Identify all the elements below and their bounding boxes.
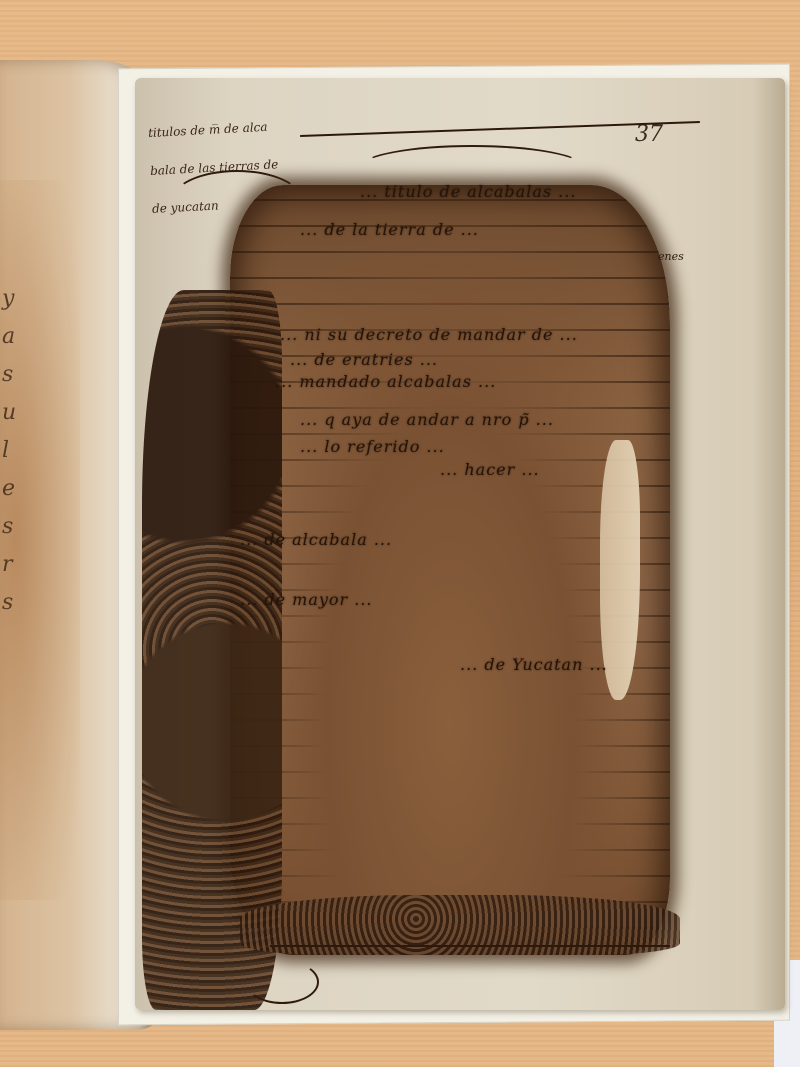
text-line: ... hacer ... <box>440 460 540 479</box>
text-line: ... titulo de alcabalas ... <box>360 182 576 201</box>
text-line: ... q aya de andar a nro p̃ ... <box>300 410 554 429</box>
text-line: ... de eratries ... <box>290 350 438 369</box>
text-line: ... de la tierra de ... <box>300 220 479 239</box>
text-line: ... mandado alcabalas ... <box>275 372 496 391</box>
bottom-rule <box>270 945 670 947</box>
text-line: ... lo referido ... <box>300 437 445 456</box>
facing-page-letters: y a s u l e s r s <box>2 280 77 622</box>
text-line: ... de mayor ... <box>240 590 373 609</box>
text-line: ... de alcabala ... <box>240 530 392 549</box>
text-line: ... de Yucatan ... <box>460 655 608 674</box>
burned-left-edge <box>142 290 282 1010</box>
flourish-signature <box>245 960 319 1004</box>
folio-number: 37 <box>635 122 663 147</box>
margin-annotation: enes <box>658 250 684 263</box>
text-line: ... ni su decreto de mandar de ... <box>280 325 578 344</box>
